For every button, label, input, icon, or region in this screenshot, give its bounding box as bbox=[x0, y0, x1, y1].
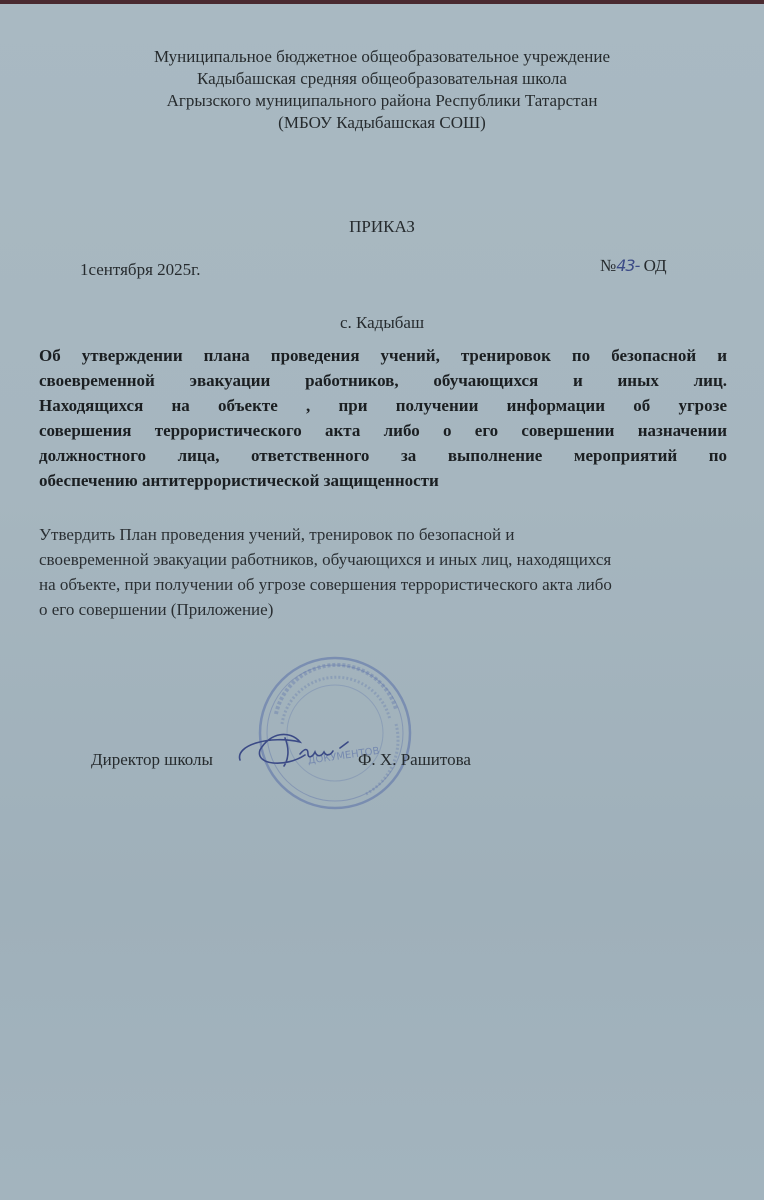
subject-line: совершения террористического акта либо о… bbox=[39, 418, 727, 443]
body-line: о его совершении (Приложение) bbox=[39, 597, 719, 622]
signatory-role: Директор школы bbox=[91, 750, 213, 770]
header-line: (МБОУ Кадыбашская СОШ) bbox=[0, 112, 764, 134]
body-line: своевременной эвакуации работников, обуч… bbox=[39, 547, 719, 572]
subject-line: Находящихся на объекте , при получении и… bbox=[39, 393, 727, 418]
document-type-title: ПРИКАЗ bbox=[0, 217, 764, 237]
organization-header: Муниципальное бюджетное общеобразователь… bbox=[0, 46, 764, 134]
header-line: Муниципальное бюджетное общеобразователь… bbox=[0, 46, 764, 68]
subject-line: Об утверждении плана проведения учений, … bbox=[39, 343, 727, 368]
header-line: Кадыбашская средняя общеобразовательная … bbox=[0, 68, 764, 90]
number-suffix: ОД bbox=[639, 256, 666, 275]
subject-line: своевременной эвакуации работников, обуч… bbox=[39, 368, 727, 393]
body-line: Утвердить План проведения учений, тренир… bbox=[39, 522, 719, 547]
subject-line: должностного лица, ответственного за вып… bbox=[39, 443, 727, 468]
document-place: с. Кадыбаш bbox=[0, 313, 764, 333]
document-page: Муниципальное бюджетное общеобразователь… bbox=[0, 0, 764, 1200]
header-line: Агрызского муниципального района Республ… bbox=[0, 90, 764, 112]
subject-line: обеспечению антитеррористической защищен… bbox=[39, 468, 727, 493]
document-date: 1сентября 2025г. bbox=[80, 260, 200, 280]
handwritten-signature-icon bbox=[230, 720, 360, 775]
order-subject: Об утверждении плана проведения учений, … bbox=[39, 343, 727, 493]
signatory-name: Ф. Х. Рашитова bbox=[358, 750, 471, 770]
order-body: Утвердить План проведения учений, тренир… bbox=[39, 522, 719, 622]
handwritten-number: 43- bbox=[616, 256, 639, 275]
document-number: №43- ОД bbox=[600, 256, 667, 276]
number-sign: № bbox=[600, 256, 616, 275]
body-line: на объекте, при получении об угрозе сове… bbox=[39, 572, 719, 597]
